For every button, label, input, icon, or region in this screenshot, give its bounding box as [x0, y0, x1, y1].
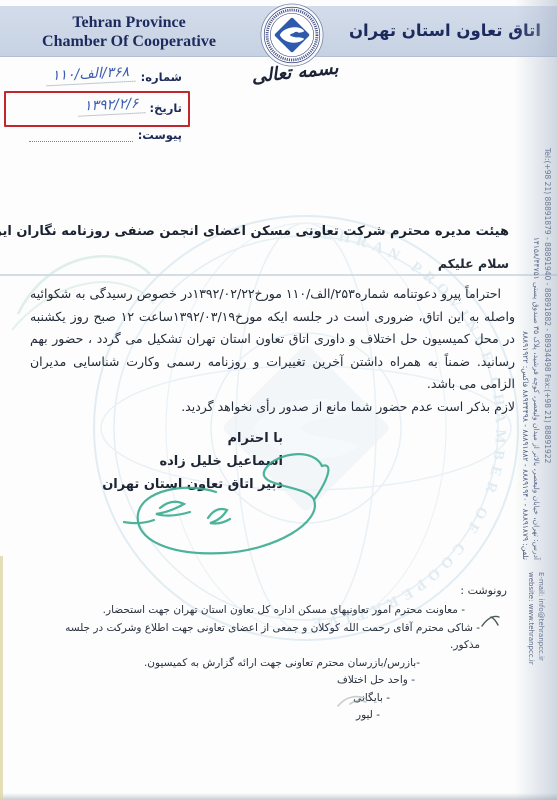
org-title-english: Tehran Province Chamber Of Cooperative	[8, 13, 250, 51]
cc-block: رونوشت : - معاونت محترم امور تعاونیهای م…	[65, 584, 507, 725]
date-handwritten-value: ۱۳۹۲/۲/۶	[78, 95, 145, 116]
attachment-label: پیوست:	[138, 128, 182, 142]
cc-label: رونوشت :	[65, 584, 507, 597]
number-handwritten-value: ۳۶۸/الف/۱۱۰	[46, 64, 136, 87]
number-label: شماره:	[141, 70, 182, 84]
pencil-mark-icon	[336, 692, 370, 710]
contact-tel-persian: تلفن: ۸۸۸۹۱۸۷۹ - ۸۸۸۹۱۹۴۰ - ۸۸۸۹۱۸۸۲ - ۸…	[520, 148, 531, 560]
reference-date-row: تاریخ: ۱۳۹۲/۲/۶	[78, 97, 182, 115]
date-label: تاریخ:	[150, 101, 182, 115]
scan-edge-left	[0, 556, 3, 800]
body-paragraph-1: احتراماً پیرو دعوتنامه شماره۲۵۳/الف/۱۱۰ …	[30, 283, 515, 396]
scanned-letter-page: TEHRAN PROVINCE CHAMBER OF COOPERATIVE T…	[0, 0, 557, 800]
handwritten-signature-icon	[116, 446, 348, 568]
org-title-en-line1: Tehran Province	[8, 13, 250, 32]
contact-strip: Tel:(+98 21) 88891879 - 88891940 - 88891…	[520, 148, 553, 560]
chamber-seal-logo-icon	[260, 3, 324, 67]
cc-item: - واحد حل اختلاف	[65, 672, 415, 690]
letter-body: احتراماً پیرو دعوتنامه شماره۲۵۳/الف/۱۱۰ …	[30, 283, 515, 418]
reference-attachment-row: پیوست:	[29, 128, 182, 142]
cc-list: - معاونت محترم امور تعاونیهای مسکن اداره…	[65, 602, 507, 725]
reference-number-row: شماره: ۳۶۸/الف/۱۱۰	[46, 66, 182, 84]
scan-edge-bottom	[0, 793, 557, 800]
contact-website: website: www.tehranpcc.ir	[526, 572, 536, 668]
contact-email: E-mail: info@tehranpcc.ir	[536, 572, 546, 668]
cc-item: - شاکی محترم آقای رحمت الله کوکلان و جمع…	[65, 620, 480, 655]
contact-address-persian: آدرس: تهران، خیابان ولیعصر، بالاتر از می…	[531, 148, 542, 560]
salutation-line: سلام علیکم	[438, 256, 509, 271]
scan-artifact-line	[0, 274, 557, 276]
cc-item: - لیور	[65, 707, 380, 725]
addressee-line: هیئت مدیره محترم شرکت تعاونی مسکن اعضای …	[45, 224, 509, 239]
org-title-persian: اتاق تعاون استان تهران	[349, 21, 541, 40]
contact-tel-fax-english: Tel:(+98 21) 88891879 - 88891940 - 88891…	[542, 148, 553, 560]
body-paragraph-2: لازم بذکر است عدم حضور شما مانع از صدور …	[30, 396, 515, 419]
cc-item: - معاونت محترم امور تعاونیهای مسکن اداره…	[65, 602, 465, 620]
org-title-en-line2: Chamber Of Cooperative	[8, 32, 250, 51]
pen-mark-icon	[479, 613, 501, 629]
contact-web-strip: E-mail: info@tehranpcc.ir website: www.t…	[526, 572, 546, 668]
cc-item: -بازرس/بازرسان محترم تعاونی جهت ارائه گز…	[65, 655, 420, 673]
attachment-leader-line	[29, 129, 133, 142]
